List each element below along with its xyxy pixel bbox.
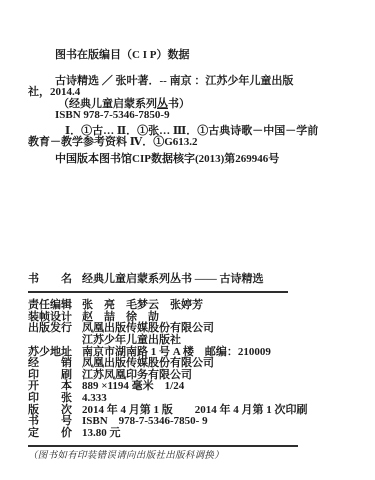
row-publisher-line2-value: 江苏少年儿童出版社 xyxy=(82,335,349,347)
divider-bottom xyxy=(28,445,298,447)
series-pre: （经典儿童启蒙系列 xyxy=(58,98,157,110)
row-format-value: 889 ×1194 毫米 1/24 xyxy=(82,381,349,393)
cip-record-number: 中国版本图书馆CIP数据核字(2013)第269946号 xyxy=(28,154,349,165)
cip-class-line2: 教育－教学参考资料 Ⅳ．①G613.2 xyxy=(28,137,349,148)
colophon-rows: 责任编辑 张 亮 毛梦云 张婷芳 装帧设计 赵 喆 徐 劼 出版发行 凤凰出版传… xyxy=(28,300,349,439)
row-publisher-line2-label xyxy=(28,335,77,347)
copyright-page: 图书在版编目（C I P）数据 古诗精选 ／ 张叶著．-- 南京 ：江苏少年儿童… xyxy=(0,0,375,480)
row-isbn-value: ISBN 978-7-5346-7850- 9 xyxy=(82,416,349,428)
colophon-title-row: 书 名 经典儿童启蒙系列丛书 —— 古诗精选 xyxy=(28,274,349,286)
row-price: 定 价 13.80 元 xyxy=(28,428,349,440)
cip-entry: 古诗精选 ／ 张叶著．-- 南京 ：江苏少年儿童出版 社，2014.4 （经典儿… xyxy=(28,76,349,121)
row-publisher-label: 出版发行 xyxy=(28,323,77,335)
errata-note: （图书如有印装错误请向出版社出版科调换） xyxy=(28,451,349,462)
row-printing: 印 刷 江苏凤凰印务有限公司 xyxy=(28,370,349,382)
row-editors: 责任编辑 张 亮 毛梦云 张婷芳 xyxy=(28,300,349,312)
cip-classification: Ⅰ．①古… Ⅱ．①张… Ⅲ．①古典诗歌－中国－学前 教育－教学参考资料 Ⅳ．①G… xyxy=(28,126,349,148)
row-isbn-label: 书 号 xyxy=(28,416,77,428)
row-price-value: 13.80 元 xyxy=(82,428,349,440)
row-sheets: 印 张 4.333 xyxy=(28,393,349,405)
series-post: 书） xyxy=(168,98,190,110)
row-sheets-label: 印 张 xyxy=(28,393,77,405)
divider-top xyxy=(28,291,288,293)
row-price-label: 定 价 xyxy=(28,428,77,440)
colophon-table: 书 名 经典儿童启蒙系列丛书 —— 古诗精选 责任编辑 张 亮 毛梦云 张婷芳 … xyxy=(28,274,349,463)
row-publisher: 出版发行 凤凰出版传媒股份有限公司 xyxy=(28,323,349,335)
title-row-label: 书 名 xyxy=(28,274,77,286)
cip-header: 图书在版编目（C I P）数据 xyxy=(28,50,349,61)
row-publisher-line2: 江苏少年儿童出版社 xyxy=(28,335,349,347)
series-underlined-char: 丛 xyxy=(157,98,168,110)
cip-isbn-line: ISBN 978-7-5346-7850-9 xyxy=(28,110,349,121)
row-sheets-value: 4.333 xyxy=(82,393,349,405)
row-isbn: 书 号 ISBN 978-7-5346-7850- 9 xyxy=(28,416,349,428)
row-format: 开 本 889 ×1194 毫米 1/24 xyxy=(28,381,349,393)
title-row-value: 经典儿童启蒙系列丛书 —— 古诗精选 xyxy=(82,274,349,286)
